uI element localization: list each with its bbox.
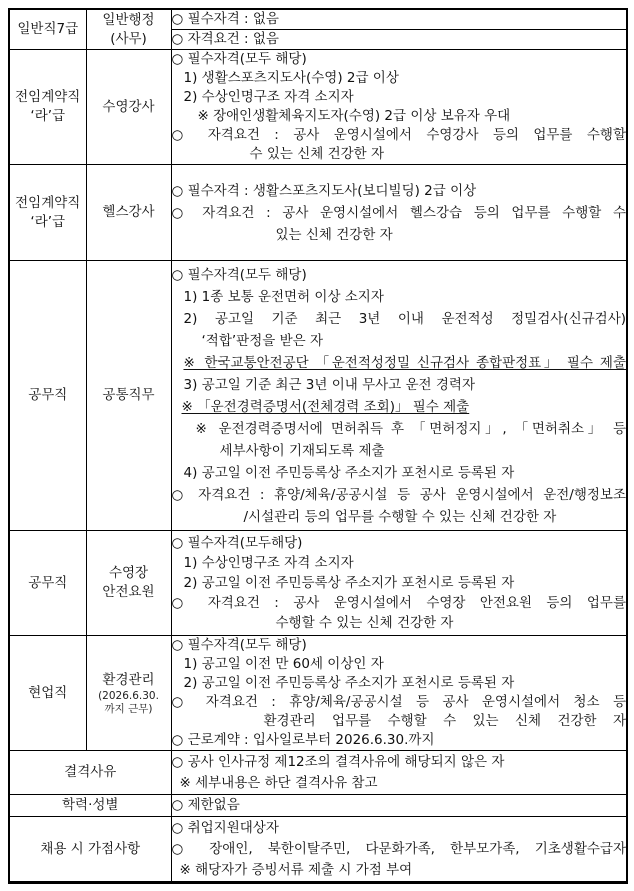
qualification-table-body: 일반직7급일반행정(사무)○ 필수자격 : 없음○ 자격요건 : 없음전임계약직…	[9, 9, 627, 883]
content-line: 세부사항이 기재되도록 제출	[172, 440, 627, 462]
cell-job: 환경관리(2026.6.30.까지 근무)	[86, 636, 171, 751]
content-line: 1) 공고일 이전 만 60세 이상인 자	[172, 655, 627, 674]
content-line: ○ 제한없음	[172, 796, 627, 815]
content-line: ○ 필수자격 : 생활스포츠지도사(보디빌딩) 2급 이상	[172, 180, 627, 202]
cell-text-line: 현업직	[10, 684, 86, 703]
cell-text-line: 헬스강사	[87, 203, 171, 222]
content-line: ※ 장애인생활체육지도자(수영) 2급 이상 보유자 우대	[172, 107, 627, 126]
content-line: 3) 공고일 기준 최근 3년 이내 무사고 운전 경력자	[172, 374, 627, 396]
cell-requirements: ○ 필수자격(모두 해당)1) 공고일 이전 만 60세 이상인 자2) 공고일…	[171, 636, 627, 751]
content-line: ○ 장애인, 북한이탈주민, 다문화가족, 한부모가족, 기초생활수급자	[172, 839, 627, 860]
content-line: ※ 「운전경력증명서(전체경력 조회)」 필수 제출	[172, 396, 627, 418]
content-line: 1) 1종 보통 운전면허 이상 소지자	[172, 286, 627, 308]
cell-text-line: 일반행정	[87, 11, 171, 30]
cell-text-line: 결격사유	[10, 763, 171, 782]
cell-text-line: 공무직	[10, 574, 86, 593]
cell-text-line: 일반직7급	[10, 20, 86, 39]
cell-category: 전임계약직‘라’급	[9, 165, 86, 261]
table-row: 공무직공통직무○ 필수자격(모두 해당)1) 1종 보통 운전면허 이상 소지자…	[9, 261, 627, 531]
cell-category: 채용 시 가점사항	[9, 817, 171, 883]
cell-requirements: ○ 필수자격 : 없음	[171, 9, 627, 30]
cell-category: 현업직	[9, 636, 86, 751]
table-row: 전임계약직‘라’급수영강사○ 필수자격(모두 해당)1) 생활스포츠지도사(수영…	[9, 50, 627, 165]
content-line: 2) 수상인명구조 자격 소지자	[172, 88, 627, 107]
cell-requirements: ○ 취업지원대상자○ 장애인, 북한이탈주민, 다문화가족, 한부모가족, 기초…	[171, 817, 627, 883]
content-line: ※ 해당자가 증빙서류 제출 시 가점 부여	[172, 860, 627, 881]
content-line: ※ 운전경력증명서에 면허취득 후 「면허정지」, 「면허취소」 등	[172, 418, 627, 440]
cell-text-line: 수영강사	[87, 98, 171, 117]
table-row: 결격사유○ 공사 인사규정 제12조의 결격사유에 해당되지 않은 자※ 세부내…	[9, 751, 627, 795]
table-row: 일반직7급일반행정(사무)○ 필수자격 : 없음	[9, 9, 627, 30]
cell-text-line: 수영장	[87, 564, 171, 583]
content-line: ○ 필수자격(모두 해당)	[172, 50, 627, 69]
table-row: 공무직수영장안전요원○ 필수자격(모두해당)1) 수상인명구조 자격 소지자2)…	[9, 531, 627, 636]
table-row: 학력·성별○ 제한없음	[9, 795, 627, 817]
content-line: ○ 자격요건 : 공사 운영시설에서 수영강사 등의 업무를 수행할	[172, 126, 627, 145]
cell-category: 공무직	[9, 531, 86, 636]
cell-text-line: ‘라’급	[10, 107, 86, 126]
recruitment-qualification-table: 일반직7급일반행정(사무)○ 필수자격 : 없음○ 자격요건 : 없음전임계약직…	[8, 8, 628, 884]
cell-job: 수영강사	[86, 50, 171, 165]
content-line: ○ 근로계약 : 입사일로부터 2026.6.30.까지	[172, 731, 627, 750]
cell-category: 전임계약직‘라’급	[9, 50, 86, 165]
cell-text-line: 공통직무	[87, 386, 171, 405]
cell-text-line: 전임계약직	[10, 194, 86, 213]
cell-category: 일반직7급	[9, 9, 86, 50]
table-row: 채용 시 가점사항○ 취업지원대상자○ 장애인, 북한이탈주민, 다문화가족, …	[9, 817, 627, 883]
content-line: ○ 공사 인사규정 제12조의 결격사유에 해당되지 않은 자	[172, 752, 627, 773]
document-page: 일반직7급일반행정(사무)○ 필수자격 : 없음○ 자격요건 : 없음전임계약직…	[8, 8, 628, 884]
cell-text-line: ‘라’급	[10, 213, 86, 232]
content-line: 4) 공고일 이전 주민등록상 주소지가 포천시로 등록된 자	[172, 462, 627, 484]
content-line: 1) 생활스포츠지도사(수영) 2급 이상	[172, 69, 627, 88]
content-line: ○ 자격요건 : 휴양/체육/공공시설 등 공사 운영시설에서 운전/행정보조	[172, 484, 627, 506]
content-line: ○ 취업지원대상자	[172, 818, 627, 839]
cell-text-line: (사무)	[87, 30, 171, 49]
content-line: ○ 필수자격 : 없음	[172, 10, 627, 29]
cell-category: 공무직	[9, 261, 86, 531]
table-row: 현업직환경관리(2026.6.30.까지 근무)○ 필수자격(모두 해당)1) …	[9, 636, 627, 751]
table-row: 전임계약직‘라’급헬스강사○ 필수자격 : 생활스포츠지도사(보디빌딩) 2급 …	[9, 165, 627, 261]
cell-job: 수영장안전요원	[86, 531, 171, 636]
cell-job: 헬스강사	[86, 165, 171, 261]
content-line: ※ 한국교통안전공단 「운전적성정밀 신규검사 종합판정표」 필수 제출	[172, 352, 627, 374]
page: { "colors": { "border": "#000000", "text…	[0, 0, 634, 891]
content-line: ○ 자격요건 : 공사 운영시설에서 수영장 안전요원 등의 업무를	[172, 593, 627, 613]
content-line: 환경관리 업무를 수행할 수 있는 신체 건강한 자	[172, 712, 627, 731]
cell-requirements: ○ 자격요건 : 없음	[171, 30, 627, 50]
content-line: ○ 필수자격(모두 해당)	[172, 264, 627, 286]
cell-requirements: ○ 필수자격(모두 해당)1) 생활스포츠지도사(수영) 2급 이상2) 수상인…	[171, 50, 627, 165]
cell-requirements: ○ 필수자격 : 생활스포츠지도사(보디빌딩) 2급 이상○ 자격요건 : 공사…	[171, 165, 627, 261]
cell-text-line: 환경관리	[87, 671, 171, 690]
cell-requirements: ○ 제한없음	[171, 795, 627, 817]
content-line: ○ 자격요건 : 없음	[172, 30, 627, 49]
cell-job: 공통직무	[86, 261, 171, 531]
cell-requirements: ○ 공사 인사규정 제12조의 결격사유에 해당되지 않은 자※ 세부내용은 하…	[171, 751, 627, 795]
job-note: 까지 근무)	[87, 703, 171, 716]
cell-job: 일반행정(사무)	[86, 9, 171, 50]
cell-text-line: 채용 시 가점사항	[10, 840, 171, 859]
cell-text-line: 안전요원	[87, 583, 171, 602]
cell-requirements: ○ 필수자격(모두해당)1) 수상인명구조 자격 소지자2) 공고일 이전 주민…	[171, 531, 627, 636]
content-line: 있는 신체 건강한 자	[172, 224, 627, 246]
content-line: 수 있는 신체 건강한 자	[172, 145, 627, 164]
content-line: ‘적합’판정을 받은 자	[172, 330, 627, 352]
content-line: 수행할 수 있는 신체 건강한 자	[172, 613, 627, 633]
content-line: 2) 공고일 기준 최근 3년 이내 운전적성 정밀검사(신규검사)	[172, 308, 627, 330]
content-line: 2) 공고일 이전 주민등록상 주소지가 포천시로 등록된 자	[172, 674, 627, 693]
content-line: ○ 자격요건 : 공사 운영시설에서 헬스강습 등의 업무를 수행할 수	[172, 202, 627, 224]
content-line: ○ 필수자격(모두해당)	[172, 533, 627, 553]
content-line: /시설관리 등의 업무를 수행할 수 있는 신체 건강한 자	[172, 506, 627, 528]
cell-requirements: ○ 필수자격(모두 해당)1) 1종 보통 운전면허 이상 소지자2) 공고일 …	[171, 261, 627, 531]
cell-text-line: 전임계약직	[10, 88, 86, 107]
cell-text-line: 학력·성별	[10, 796, 171, 815]
content-line: ○ 자격요건 : 휴양/체육/공공시설 등 공사 운영시설에서 청소 등	[172, 693, 627, 712]
cell-text-line: 공무직	[10, 386, 86, 405]
cell-category: 학력·성별	[9, 795, 171, 817]
content-line: 2) 공고일 이전 주민등록상 주소지가 포천시로 등록된 자	[172, 573, 627, 593]
content-line: 1) 수상인명구조 자격 소지자	[172, 553, 627, 573]
content-line: ○ 필수자격(모두 해당)	[172, 636, 627, 655]
cell-category: 결격사유	[9, 751, 171, 795]
content-line: ※ 세부내용은 하단 결격사유 참고	[172, 773, 627, 794]
job-note: (2026.6.30.	[87, 690, 171, 703]
